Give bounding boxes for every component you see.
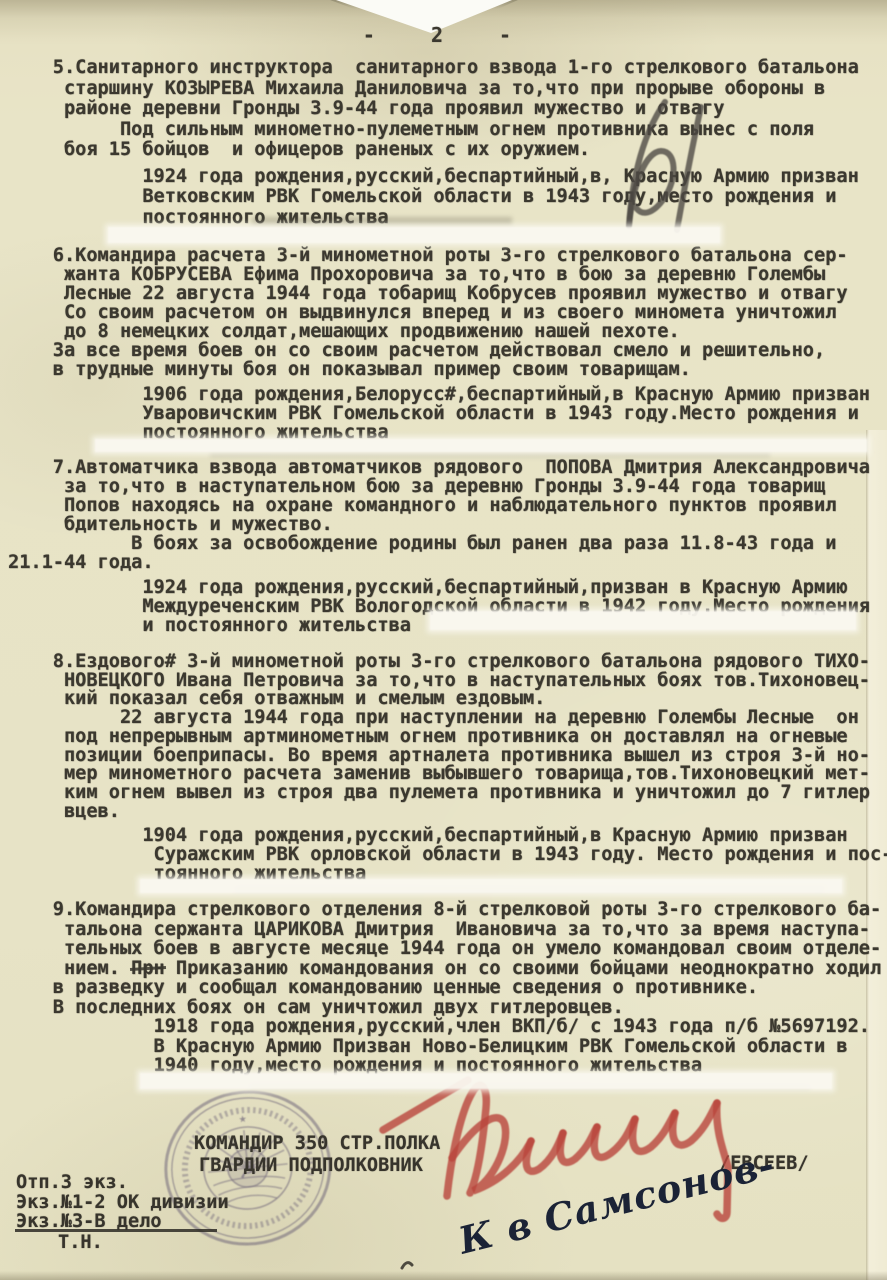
scanned-document-page: - 2 - 5.Санитарного инструктора санитарн… bbox=[0, 0, 887, 1280]
redaction-strip bbox=[140, 1073, 832, 1089]
stray-pen-mark bbox=[402, 1263, 412, 1268]
ink-signature-text: К в Самсонов- bbox=[453, 1142, 779, 1263]
redaction-strip bbox=[140, 879, 842, 893]
redaction-strip bbox=[108, 227, 720, 243]
redaction-strip bbox=[95, 439, 867, 452]
redaction-strip bbox=[430, 611, 856, 630]
